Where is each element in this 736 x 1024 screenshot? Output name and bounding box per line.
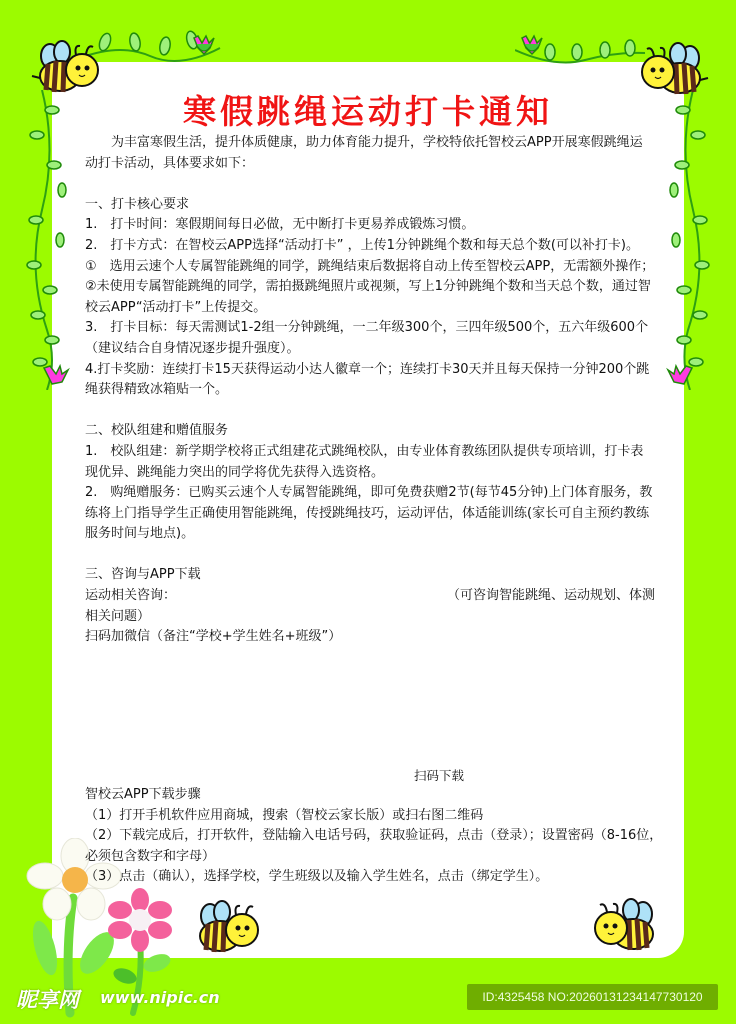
- step-item: （3）点击（确认），选择学校，学生班级以及输入学生姓名，点击（绑定学生）。: [85, 867, 665, 888]
- consult-note-continued: 相关问题）: [85, 607, 655, 628]
- section-heading: 二、校队组建和赠值服务: [85, 421, 655, 442]
- vine-icon: [668, 90, 718, 390]
- tulip-icon: [666, 362, 694, 388]
- consult-label: 运动相关咨询：: [85, 586, 176, 607]
- list-item: 1. 打卡时间：寒假期间每日必做，无中断打卡更易养成锻炼习惯。: [85, 215, 655, 236]
- page-title: 寒假跳绳运动打卡通知: [0, 86, 736, 133]
- list-item: ① 选用云速个人专属智能跳绳的同学，跳绳结束后数据将自动上传至智校云APP，无需…: [85, 257, 655, 278]
- watermark-url: www.nipic.cn: [100, 988, 220, 1007]
- intro-paragraph: 为丰富寒假生活，提升体质健康，助力体育能力提升，学校特依托智校云APP开展寒假跳…: [85, 133, 655, 174]
- list-item: 2. 打卡方式：在智校云APP选择“活动打卡” ，上传1分钟跳绳个数和每天总个数…: [85, 236, 655, 257]
- list-item: 1. 校队组建：新学期学校将正式组建花式跳绳校队，由专业体育教练团队提供专项培训…: [85, 442, 655, 483]
- vine-icon: [22, 90, 72, 390]
- tulip-icon: [42, 362, 70, 388]
- bee-icon: [588, 898, 663, 960]
- watermark-logo: 昵享网: [16, 984, 79, 1014]
- tulip-icon: [520, 34, 544, 60]
- step-item: （1）打开手机软件应用商城，搜索（智校云家长版）或扫右图二维码: [85, 806, 665, 827]
- qr-caption: 扫码下载: [414, 766, 464, 784]
- tulip-icon: [192, 34, 216, 60]
- bee-icon: [190, 900, 265, 962]
- consult-row: 运动相关咨询： （可咨询智能跳绳、运动规划、体测: [85, 586, 655, 607]
- list-item: ②未使用专属智能跳绳的同学，需拍摄跳绳照片或视频，写上1分钟跳绳个数和当天总个数…: [85, 277, 655, 318]
- list-item: 2. 购绳赠服务：已购买云速个人专属智能跳绳，即可免费获赠2节(每节45分钟)上…: [85, 483, 655, 545]
- wechat-instruction: 扫码加微信（备注“学校+学生姓名+班级”）: [85, 627, 655, 648]
- consult-note: （可咨询智能跳绳、运动规划、体测: [447, 586, 655, 607]
- notice-body: 为丰富寒假生活，提升体质健康，助力体育能力提升，学校特依托智校云APP开展寒假跳…: [85, 133, 655, 648]
- step-item: （2）下载完成后，打开软件，登陆输入电话号码，获取验证码，点击（登录）；设置密码…: [85, 826, 665, 867]
- list-item: 4.打卡奖励：连续打卡15天获得运动小达人徽章一个；连续打卡30天并且每天保持一…: [85, 360, 655, 401]
- list-item: 3. 打卡目标：每天需测试1-2组一分钟跳绳，一二年级300个，三四年级500个…: [85, 318, 655, 359]
- download-steps: 智校云APP下载步骤 （1）打开手机软件应用商城，搜索（智校云家长版）或扫右图二…: [85, 785, 665, 888]
- steps-heading: 智校云APP下载步骤: [85, 785, 665, 806]
- section-heading: 三、咨询与APP下载: [85, 565, 655, 586]
- section-heading: 一、打卡核心要求: [85, 195, 655, 216]
- id-badge: ID:4325458 NO:20260131234147730120: [467, 984, 718, 1010]
